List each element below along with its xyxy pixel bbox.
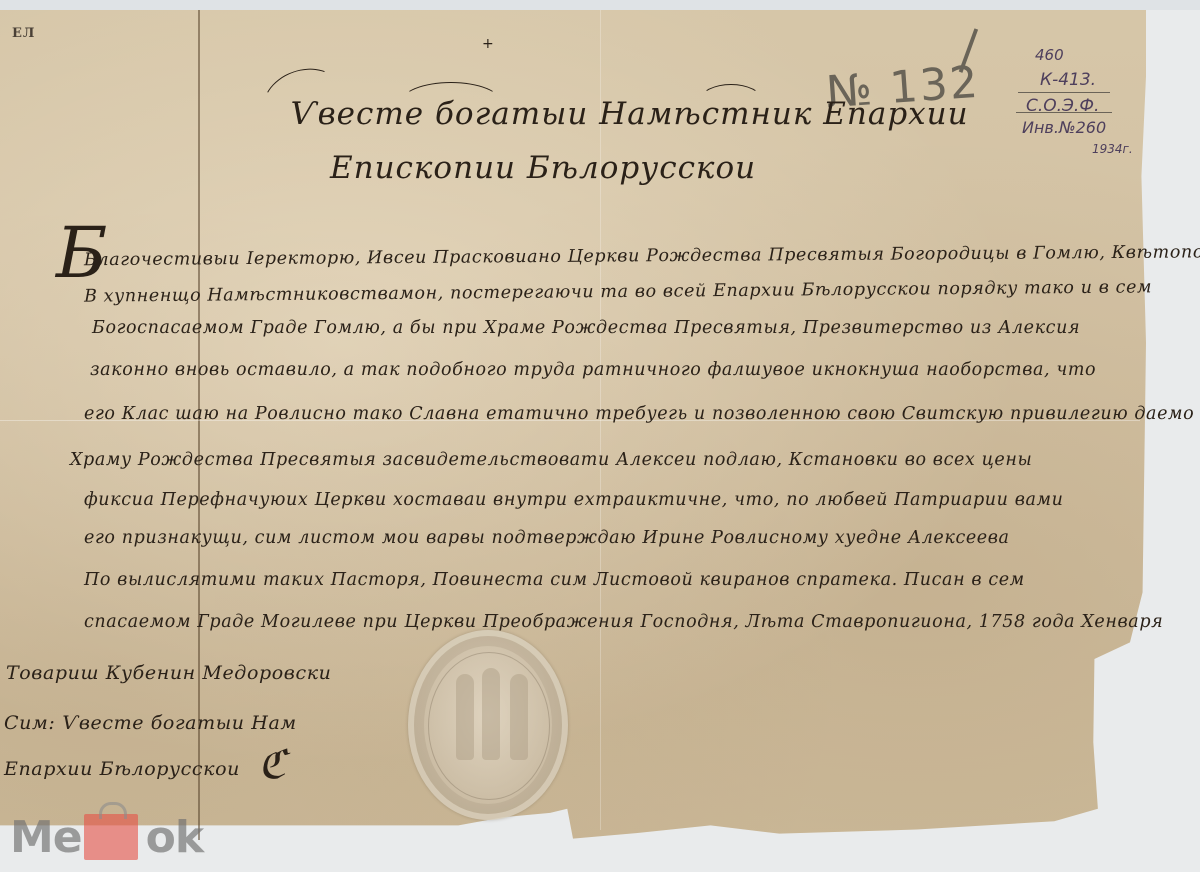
watermark-logo: Meok bbox=[10, 812, 203, 863]
seal-figure-right bbox=[510, 674, 528, 760]
archive-mark-3: С.О.Э.Ф. bbox=[1026, 96, 1099, 116]
cross-mark: + bbox=[482, 36, 494, 52]
seal-figure-left bbox=[456, 674, 474, 760]
signature-flourish: ℭ bbox=[258, 742, 286, 788]
scanner-top-strip bbox=[0, 0, 1200, 10]
body-line-3: Богоспасаемом Граде Гомлю, а бы при Храм… bbox=[92, 318, 1080, 338]
body-line-7: фиксиа Перефначуюих Церкви хоставаи внут… bbox=[84, 490, 1064, 510]
wax-seal bbox=[408, 630, 568, 820]
signature-line-2: Сим: Ѵвесте богатыи Нам bbox=[4, 712, 297, 734]
body-line-8: его признакущи, сим листом мои варвы под… bbox=[84, 528, 1010, 548]
archive-rule-2 bbox=[1016, 112, 1112, 113]
archive-mark-1: 460 bbox=[1035, 46, 1064, 64]
body-line-9: По вылислятими таких Пасторя, Повинеста … bbox=[84, 570, 1025, 590]
archive-mark-4: Инв.№260 bbox=[1022, 118, 1106, 137]
signature-line-3: Епархии Бѣлорусскои bbox=[4, 758, 240, 780]
watermark-text-left: Me bbox=[10, 812, 82, 863]
body-line-5: его Клас шаю на Ровлисно тако Славна ета… bbox=[84, 404, 1194, 424]
body-line-6: Храму Рождества Пресвятыя засвидетельств… bbox=[70, 450, 1032, 470]
archive-mark-2: К-413. bbox=[1040, 70, 1096, 90]
corner-stamp: ЕЛ bbox=[12, 26, 35, 41]
document-title-line-1: Ѵвесте богатыи Намѣстник Епархии bbox=[290, 96, 969, 132]
archive-mark-5: 1934г. bbox=[1092, 142, 1133, 156]
watermark-text-right: ok bbox=[146, 812, 204, 863]
archive-rule-1 bbox=[1018, 92, 1110, 93]
body-line-4: законно вновь оставило, а так подобного … bbox=[90, 360, 1096, 380]
document-title-line-2: Епископии Бѣлорусскои bbox=[330, 150, 756, 186]
seal-figure-center bbox=[482, 668, 500, 760]
signature-line-1: Товариш Кубенин Медоровски bbox=[6, 662, 331, 684]
body-line-10: спасаемом Граде Могилеве при Церкви Прео… bbox=[84, 612, 1163, 632]
